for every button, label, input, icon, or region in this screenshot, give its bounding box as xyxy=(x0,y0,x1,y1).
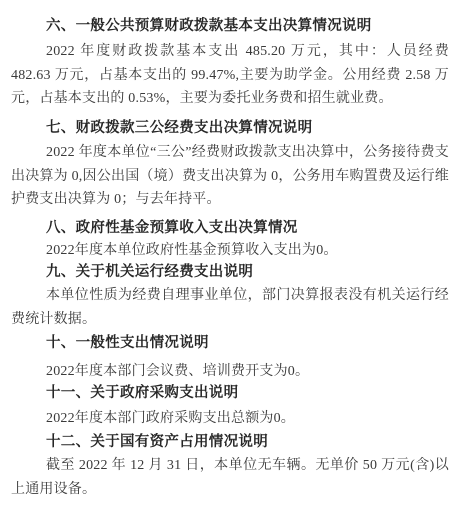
section-6-body: 2022 年度财政拨款基本支出 485.20 万元，其中：人员经费 482.63… xyxy=(11,40,449,111)
section-12-heading: 十二、关于国有资产占用情况说明 xyxy=(11,432,449,452)
section-9-heading: 九、关于机关运行经费支出说明 xyxy=(11,262,449,282)
section-10-body: 2022年度本部门会议费、培训费开支为0。 xyxy=(11,360,449,384)
document-page: 六、一般公共预算财政拨款基本支出决算情况说明 2022 年度财政拨款基本支出 4… xyxy=(0,0,460,523)
section-7-body: 2022 年度本单位“三公”经费财政拨款支出决算中，公务接待费支出决算为 0,因… xyxy=(11,141,449,212)
section-7-heading: 七、财政拨款三公经费支出决算情况说明 xyxy=(11,118,449,138)
section-12-body: 截至 2022 年 12 月 31 日，本单位无车辆。无单价 50 万元(含)以… xyxy=(11,454,449,501)
section-6-heading: 六、一般公共预算财政拨款基本支出决算情况说明 xyxy=(11,16,449,36)
section-11-heading: 十一、关于政府采购支出说明 xyxy=(11,383,449,403)
section-8-heading: 八、政府性基金预算收入支出决算情况 xyxy=(11,218,449,238)
section-8-body: 2022年度本单位政府性基金预算收入支出为0。 xyxy=(11,239,449,263)
section-11-body: 2022年度本部门政府采购支出总额为0。 xyxy=(11,407,449,431)
section-10-heading: 十、一般性支出情况说明 xyxy=(11,333,449,353)
section-9-body: 本单位性质为经费自理事业单位，部门决算报表没有机关运行经费统计数据。 xyxy=(11,284,449,331)
